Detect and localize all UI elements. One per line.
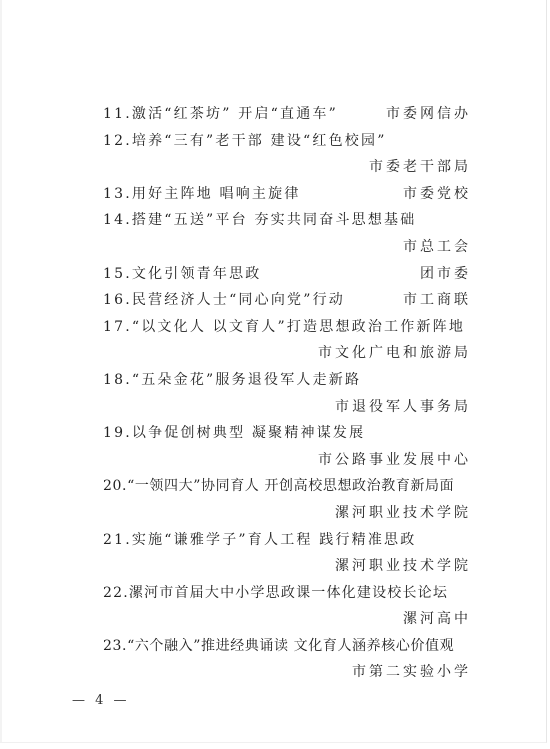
- item-title: 15.文化引领青年思政: [103, 261, 261, 288]
- item-title: 16.民营经济人士“同心向党”行动: [103, 287, 345, 314]
- list-item-13: 13.用好主阵地 唱响主旋律 市委党校: [103, 181, 471, 208]
- item-organization: 市委老干部局: [103, 154, 471, 181]
- list-item-14: 14.搭建“五送”平台 夯实共同奋斗思想基础: [103, 207, 471, 234]
- item-organization: 团市委: [420, 261, 471, 288]
- item-organization: 漯河职业技术学院: [103, 553, 471, 580]
- document-page: 11.激活“红茶坊” 开启“直通车” 市委网信办 12.培养“三有”老干部 建设…: [0, 0, 547, 743]
- list-item-23: 23.“六个融入”推进经典诵读 文化育人涵养核心价值观: [103, 633, 471, 660]
- item-organization: 市文化广电和旅游局: [103, 340, 471, 367]
- item-organization: 市公路事业发展中心: [103, 447, 471, 474]
- item-organization: 漯河高中: [103, 606, 471, 633]
- page-number: — 4 —: [72, 693, 130, 708]
- list-item-15: 15.文化引领青年思政 团市委: [103, 261, 471, 288]
- item-organization: 市工商联: [403, 287, 471, 314]
- item-organization: 漯河职业技术学院: [103, 500, 471, 527]
- list-item-21: 21.实施“谦雅学子”育人工程 践行精准思政: [103, 527, 471, 554]
- item-title: 11.激活“红茶坊” 开启“直通车”: [103, 101, 338, 128]
- item-organization: 市第二实验小学: [103, 659, 471, 686]
- list-item-11: 11.激活“红茶坊” 开启“直通车” 市委网信办: [103, 101, 471, 128]
- item-organization: 市委党校: [403, 181, 471, 208]
- item-organization: 市委网信办: [386, 101, 471, 128]
- list-item-18: 18.“五朵金花”服务退役军人走新路: [103, 367, 471, 394]
- list-item-22: 22.漯河市首届大中小学思政课一体化建设校长论坛: [103, 580, 471, 607]
- list-item-19: 19.以争促创树典型 凝聚精神谋发展: [103, 420, 471, 447]
- item-list: 11.激活“红茶坊” 开启“直通车” 市委网信办 12.培养“三有”老干部 建设…: [103, 101, 471, 686]
- item-organization: 市总工会: [103, 234, 471, 261]
- list-item-20: 20.“一领四大”协同育人 开创高校思想政治教育新局面: [103, 473, 471, 500]
- list-item-12: 12.培养“三有”老干部 建设“红色校园”: [103, 128, 471, 155]
- page-edge: [0, 0, 2, 742]
- item-organization: 市退役军人事务局: [103, 394, 471, 421]
- list-item-16: 16.民营经济人士“同心向党”行动 市工商联: [103, 287, 471, 314]
- item-title: 13.用好主阵地 唱响主旋律: [103, 181, 301, 208]
- list-item-17: 17.“以文化人 以文育人”打造思想政治工作新阵地: [103, 314, 471, 341]
